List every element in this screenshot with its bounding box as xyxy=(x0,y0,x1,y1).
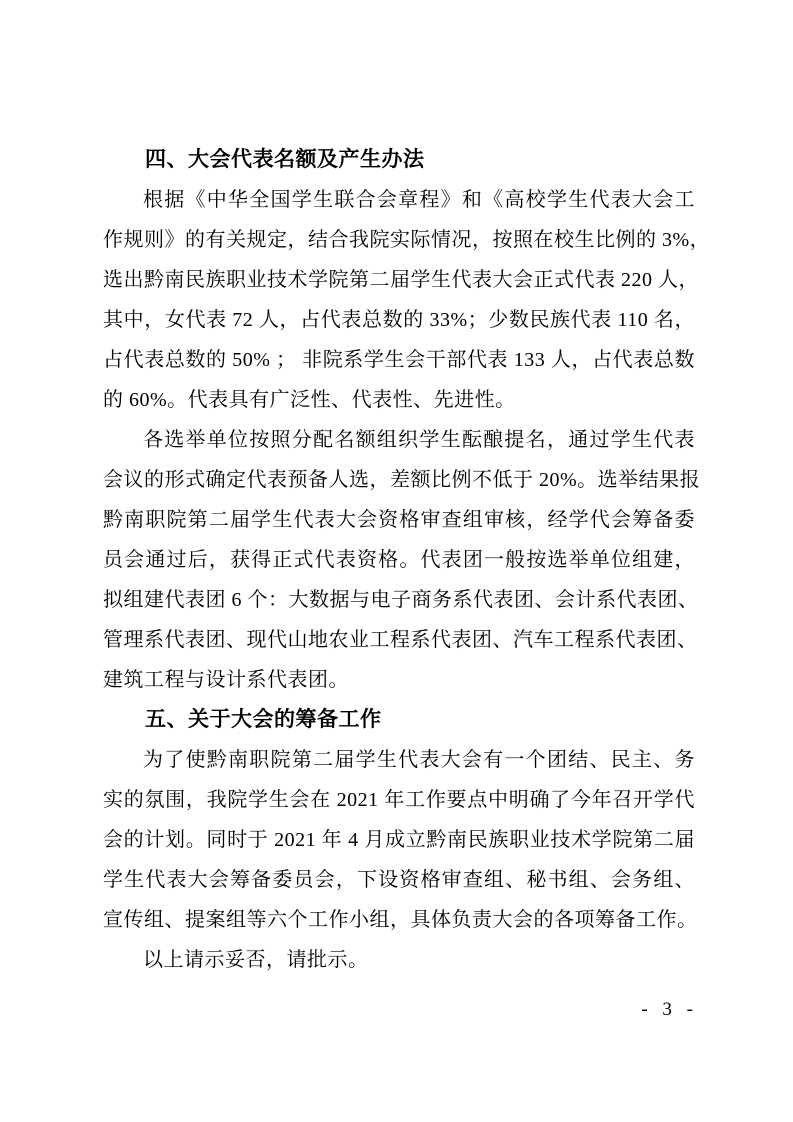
body-line: 的 60%。代表具有广泛性、代表性、先进性。 xyxy=(103,380,695,420)
body-line: 管理系代表团、现代山地农业工程系代表团、汽车工程系代表团、 xyxy=(103,620,695,660)
section-5-heading: 五、关于大会的筹备工作 xyxy=(103,700,695,740)
body-line: 为了使黔南职院第二届学生代表大会有一个团结、民主、务 xyxy=(103,740,695,780)
body-line: 黔南职院第二届学生代表大会资格审查组审核，经学代会筹备委 xyxy=(103,500,695,540)
body-line: 占代表总数的 50% ； 非院系学生会干部代表 133 人，占代表总数 xyxy=(103,340,695,380)
section-4-paragraph-2: 各选举单位按照分配名额组织学生酝酿提名，通过学生代表 会议的形式确定代表预备人选… xyxy=(103,420,695,700)
body-line: 会议的形式确定代表预备人选，差额比例不低于 20%。选举结果报 xyxy=(103,460,695,500)
body-line: 宣传组、提案组等六个工作小组，具体负责大会的各项筹备工作。 xyxy=(103,900,695,940)
section-4-heading: 四、大会代表名额及产生办法 xyxy=(103,140,695,180)
section-4-paragraph-1: 根据《中华全国学生联合会章程》和《高校学生代表大会工 作规则》的有关规定，结合我… xyxy=(103,180,695,420)
body-line: 实的氛围，我院学生会在 2021 年工作要点中明确了今年召开学代 xyxy=(103,780,695,820)
document-body: 四、大会代表名额及产生办法 根据《中华全国学生联合会章程》和《高校学生代表大会工… xyxy=(103,140,695,980)
body-line: 选出黔南民族职业技术学院第二届学生代表大会正式代表 220 人， xyxy=(103,260,695,300)
page-number: - 3 - xyxy=(641,995,698,1025)
closing-line: 以上请示妥否，请批示。 xyxy=(103,940,695,980)
body-line: 作规则》的有关规定，结合我院实际情况，按照在校生比例的 3%， xyxy=(103,220,695,260)
body-line: 拟组建代表团 6 个：大数据与电子商务系代表团、会计系代表团、 xyxy=(103,580,695,620)
body-line: 会的计划。同时于 2021 年 4 月成立黔南民族职业技术学院第二届 xyxy=(103,820,695,860)
body-line: 根据《中华全国学生联合会章程》和《高校学生代表大会工 xyxy=(103,180,695,220)
section-5-paragraph-1: 为了使黔南职院第二届学生代表大会有一个团结、民主、务 实的氛围，我院学生会在 2… xyxy=(103,740,695,940)
body-line: 建筑工程与设计系代表团。 xyxy=(103,660,695,700)
body-line: 各选举单位按照分配名额组织学生酝酿提名，通过学生代表 xyxy=(103,420,695,460)
document-page: 四、大会代表名额及产生办法 根据《中华全国学生联合会章程》和《高校学生代表大会工… xyxy=(0,0,793,1122)
body-line: 学生代表大会筹备委员会，下设资格审查组、秘书组、会务组、 xyxy=(103,860,695,900)
body-line: 员会通过后，获得正式代表资格。代表团一般按选举单位组建， xyxy=(103,540,695,580)
body-line: 其中，女代表 72 人，占代表总数的 33%；少数民族代表 110 名， xyxy=(103,300,695,340)
